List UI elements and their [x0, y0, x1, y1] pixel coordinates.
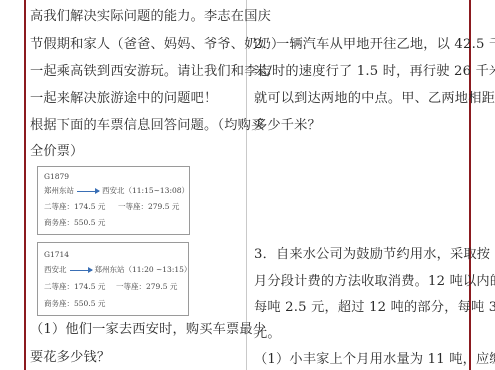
ticket-business-class-price: 商务座：550.5 元 [44, 299, 105, 309]
problem-3-line: 3．自来水公司为鼓励节约用水，采取按 [254, 247, 490, 263]
question-line: 要花多少钱？ [30, 350, 110, 366]
intro-line: 全价票） [30, 144, 84, 160]
ticket-first-class-price: 一等座：279.5 元 [116, 282, 177, 292]
problem-2-line: 就可以到达两地的中点。甲、乙两地相距 [254, 91, 495, 107]
problem-3-line: 元。 [254, 326, 281, 342]
arrow-right-icon [77, 191, 99, 192]
ticket-first-class-price: 一等座：279.5 元 [118, 202, 179, 212]
column-divider [246, 0, 247, 370]
ticket-time: （11:20 ~13:15） [125, 265, 192, 274]
ticket-second-class-price: 二等座：174.5 元 [44, 282, 105, 292]
question-line: （1）他们一家去西安时，购买车票最少 [30, 322, 266, 338]
ticket-time: （11:15~13:08） [125, 186, 190, 195]
page-border-left [24, 0, 26, 370]
ticket-card-g1879: G1879 郑州东站西安北（11:15~13:08） 二等座：174.5 元 一… [37, 166, 190, 235]
problem-2-line: 2．一辆汽车从甲地开往乙地，以 42.5 千 [254, 37, 495, 53]
ticket-train-number: G1879 [44, 172, 69, 182]
ticket-from-station: 郑州东站 [44, 186, 74, 195]
ticket-card-g1714: G1714 西安北郑州东站（11:20 ~13:15） 二等座：174.5 元 … [37, 242, 189, 316]
ticket-route: 西安北郑州东站（11:20 ~13:15） [44, 265, 191, 275]
intro-line: 高我们解决实际问题的能力。李志在国庆 [30, 9, 271, 25]
ticket-to-station: 郑州东站 [95, 265, 125, 274]
problem-2-line: 米/时的速度行了 1.5 时，再行驶 26 千米 [254, 64, 495, 80]
problem-3-line: （1）小丰家上个月用水量为 11 吨，应缴 [254, 352, 495, 368]
ticket-train-number: G1714 [44, 250, 69, 260]
intro-line: 一起来解决旅游途中的问题吧！ [30, 91, 217, 107]
problem-3-line: 每吨 2.5 元，超过 12 吨的部分，每吨 3.8 [254, 300, 495, 316]
ticket-route: 郑州东站西安北（11:15~13:08） [44, 186, 189, 196]
intro-line: 节假期和家人（爸爸、妈妈、爷爷、奶奶） [30, 37, 284, 53]
problem-2-line: 多少千米？ [254, 118, 321, 134]
problem-3-line: 月分段计费的方法收取消费。12 吨以内的 [254, 274, 495, 290]
ticket-business-class-price: 商务座：550.5 元 [44, 218, 105, 228]
ticket-from-station: 西安北 [44, 265, 67, 274]
intro-line: 根据下面的车票信息回答问题。（均购买 [30, 118, 264, 134]
ticket-to-station: 西安北 [102, 186, 125, 195]
arrow-right-icon [70, 270, 92, 271]
ticket-second-class-price: 二等座：174.5 元 [44, 202, 105, 212]
intro-line: 一起乘高铁到西安游玩。请让我们和李志 [30, 64, 271, 80]
